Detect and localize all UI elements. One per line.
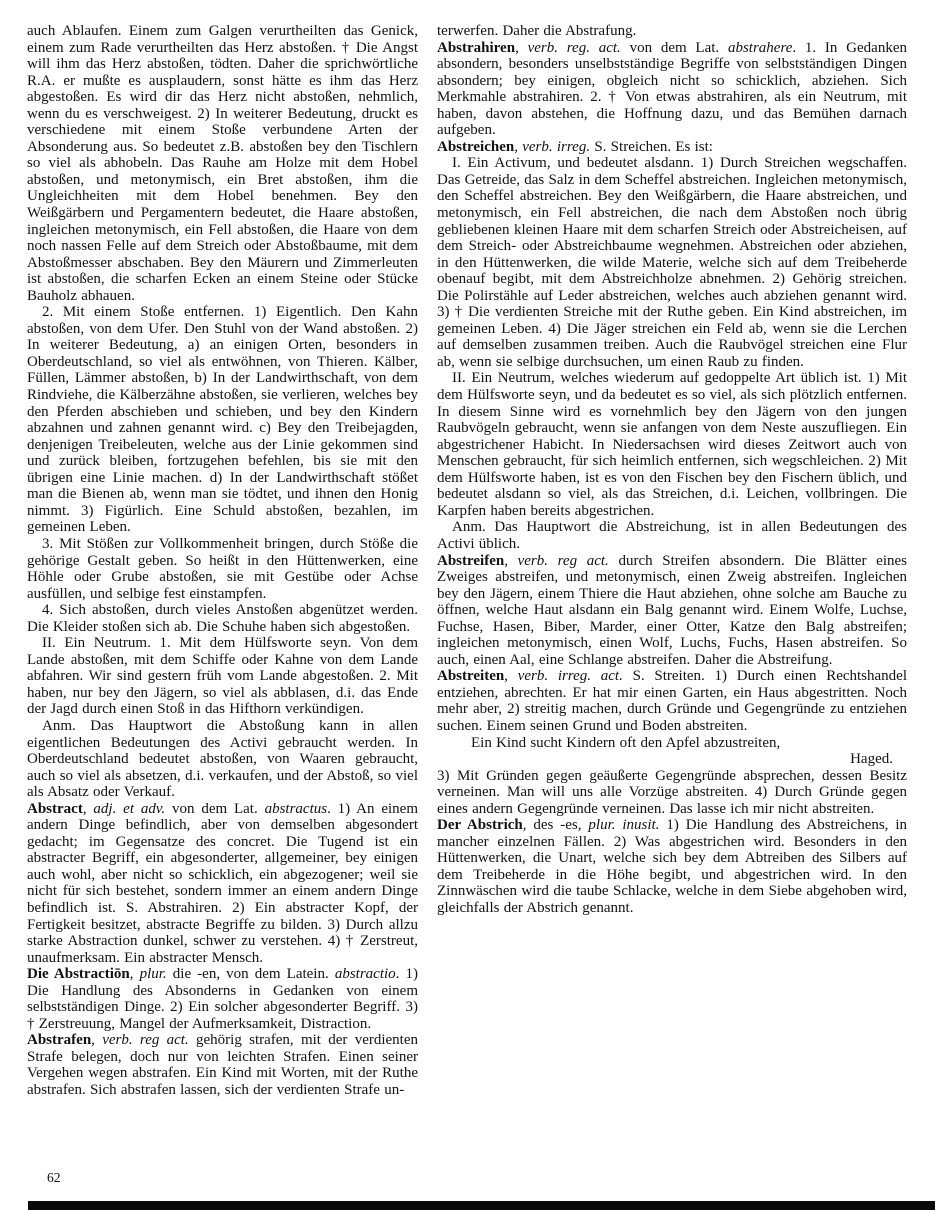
entry-paragraph: Abstreifen, verb. reg act. durch Streife… [437,553,907,669]
text-run: terwerfen. Daher die Abstrafung. [437,23,636,39]
text-run: 3) Mit Gründen gegen geäußerte Gegengrün… [437,768,907,817]
entry-headword: Abstrahiren [437,40,515,56]
continuation-paragraph: terwerfen. Daher die Abstrafung. [437,23,907,40]
grammar-label: plur. [140,966,167,982]
entry-headword: Abstreichen [437,139,514,155]
dictionary-page: auch Ablaufen. Einem zum Galgen verurthe… [0,0,935,1210]
sense-paragraph: II. Ein Neutrum, welches wiederum auf ge… [437,370,907,519]
grammar-label: abstractus [265,801,328,817]
sense-paragraph: 4. Sich abstoßen, durch vieles Anstoßen … [27,602,418,635]
grammar-label: verb. reg act. [518,553,609,569]
text-run: Haged. [850,751,893,767]
left-column: auch Ablaufen. Einem zum Galgen verurthe… [27,23,418,1099]
grammar-label: verb. irreg. [522,139,590,155]
text-run: , [83,801,94,817]
entry-paragraph: Die Abstractiōn, plur. die -en, von dem … [27,966,418,1032]
text-run: , des -es, [523,817,589,833]
grammar-label: abstrahere [728,40,792,56]
continuation-paragraph: auch Ablaufen. Einem zum Galgen verurthe… [27,23,418,304]
entry-paragraph: Abstreiten, verb. irreg. act. S. Streite… [437,668,907,734]
text-run: II. Ein Neutrum. 1. Mit dem Hülfsworte s… [27,635,418,717]
text-run: II. Ein Neutrum, welches wiederum auf ge… [437,370,907,518]
scan-edge-bar [28,1201,935,1210]
text-run: , [515,40,528,56]
entry-headword: Der Abstrich [437,817,523,833]
verse-attribution: Haged. [437,751,907,768]
entry-paragraph: Abstrahiren, verb. reg. act. von dem Lat… [437,40,907,139]
entry-paragraph: Abstrafen, verb. reg act. gehörig strafe… [27,1032,418,1098]
grammar-label: verb. reg act. [102,1032,189,1048]
right-column: terwerfen. Daher die Abstrafung.Abstrahi… [437,23,907,917]
text-run: , [91,1032,102,1048]
text-run: 4. Sich abstoßen, durch vieles Anstoßen … [27,602,418,635]
entry-headword: Abstrafen [27,1032,91,1048]
text-run: Ein Kind sucht Kindern oft den Apfel abz… [471,735,780,751]
grammar-label: abstractio [335,966,396,982]
entry-paragraph: Abstract, adj. et adv. von dem Lat. abst… [27,801,418,966]
text-run: . 1) An einem andern Dinge befindlich, a… [27,801,418,966]
grammar-label: verb. reg. act. [528,40,621,56]
note-paragraph: Anm. Das Hauptwort die Abstreichung, ist… [437,519,907,552]
verse-line: Ein Kind sucht Kindern oft den Apfel abz… [437,735,907,752]
grammar-label: plur. inusit. [588,817,659,833]
text-run: S. Streichen. Es ist: [590,139,713,155]
text-run: auch Ablaufen. Einem zum Galgen verurthe… [27,23,418,304]
text-run: 2. Mit einem Stoße entfernen. 1) Eigentl… [27,304,418,535]
entry-paragraph: Abstreichen, verb. irreg. S. Streichen. … [437,139,907,156]
text-run: , [504,553,517,569]
text-run: , [130,966,140,982]
entry-paragraph: Der Abstrich, des -es, plur. inusit. 1) … [437,817,907,916]
grammar-label: adj. et adv. [93,801,165,817]
entry-headword: Abstreiten [437,668,504,684]
text-run: 3. Mit Stößen zur Vollkommenheit bringen… [27,536,418,602]
text-run: die -en, von dem Latein. [167,966,335,982]
note-paragraph: Anm. Das Hauptwort die Abstoßung kann in… [27,718,418,801]
entry-headword: Abstreifen [437,553,504,569]
sense-paragraph: 2. Mit einem Stoße entfernen. 1) Eigentl… [27,304,418,536]
sense-paragraph: 3. Mit Stößen zur Vollkommenheit bringen… [27,536,418,602]
grammar-label: verb. irreg. act. [518,668,623,684]
entry-headword: Abstract [27,801,83,817]
entry-headword: Die Abstractiōn [27,966,130,982]
sense-paragraph: 3) Mit Gründen gegen geäußerte Gegengrün… [437,768,907,818]
text-run: Anm. Das Hauptwort die Abstoßung kann in… [27,718,418,800]
text-run: von dem Lat. [165,801,264,817]
text-run: I. Ein Activum, und bedeutet alsdann. 1)… [437,155,907,370]
page-number: 62 [47,1170,61,1186]
text-run: , [504,668,517,684]
text-run: Anm. Das Hauptwort die Abstreichung, ist… [437,519,907,552]
text-run: von dem Lat. [621,40,728,56]
text-run: durch Streifen absondern. Die Blätter ei… [437,553,907,668]
sense-paragraph: II. Ein Neutrum. 1. Mit dem Hülfsworte s… [27,635,418,718]
sense-paragraph: I. Ein Activum, und bedeutet alsdann. 1)… [437,155,907,370]
